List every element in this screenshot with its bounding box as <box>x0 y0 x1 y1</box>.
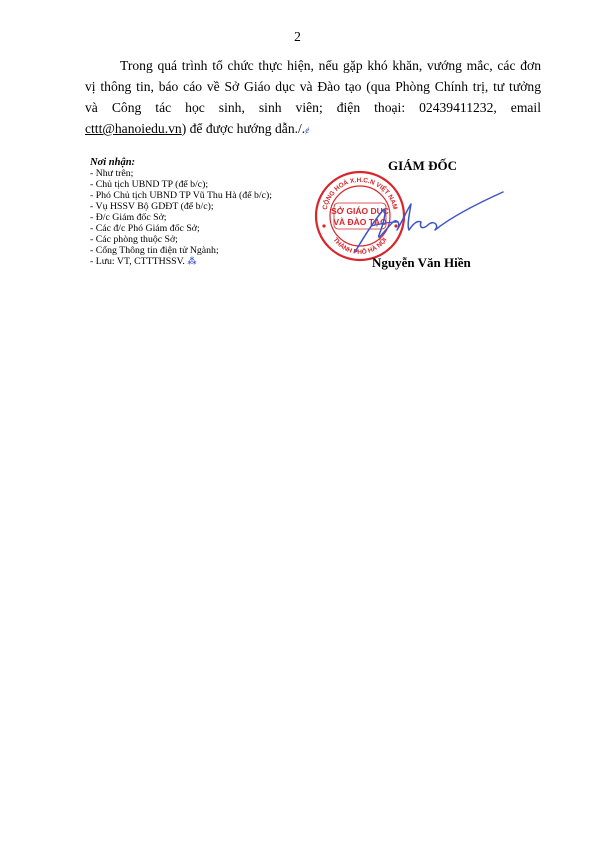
handwritten-signature-icon <box>345 180 505 260</box>
body-line-4-suffix: ) để được hướng dẫn./. <box>182 121 306 136</box>
initial-mark-icon: ⁂ <box>187 256 196 266</box>
body-line-4: cttt@hanoiedu.vn) để được hướng dẫn./.ɇ <box>85 118 541 141</box>
email-link[interactable]: cttt@hanoiedu.vn <box>85 121 182 136</box>
signer-name: Nguyễn Văn Hiền <box>372 255 471 271</box>
recipient-item: - Cổng Thông tin điện tử Ngành; <box>90 245 320 256</box>
body-line-2: vị thông tin, báo cáo về Sở Giáo dục và … <box>85 76 541 97</box>
recipient-item-text: - Lưu: VT, CTTTHSSV. <box>90 256 185 267</box>
recipient-item: - Chủ tịch UBND TP (để b/c); <box>90 179 320 190</box>
body-line-3: và Công tác học sinh, sinh viên; điện th… <box>85 97 541 118</box>
recipients-block: Nơi nhận: - Như trên; - Chủ tịch UBND TP… <box>90 157 320 267</box>
recipient-item: - Như trên; <box>90 168 320 179</box>
body-line-1: Trong quá trình tổ chức thực hiện, nếu g… <box>85 55 541 76</box>
recipient-item: - Vụ HSSV Bộ GDĐT (để b/c); <box>90 201 320 212</box>
ink-mark-icon: ɇ <box>305 125 309 135</box>
page-number: 2 <box>0 29 595 45</box>
recipient-item-last: - Lưu: VT, CTTTHSSV. ⁂ <box>90 256 320 267</box>
recipient-item: - Phó Chủ tịch UBND TP Vũ Thu Hà (để b/c… <box>90 190 320 201</box>
body-paragraph: Trong quá trình tổ chức thực hiện, nếu g… <box>85 55 541 141</box>
recipients-heading: Nơi nhận: <box>90 157 320 168</box>
recipient-item: - Các đ/c Phó Giám đốc Sở; <box>90 223 320 234</box>
recipient-item: - Các phòng thuộc Sở; <box>90 234 320 245</box>
recipient-item: - Đ/c Giám đốc Sở; <box>90 212 320 223</box>
